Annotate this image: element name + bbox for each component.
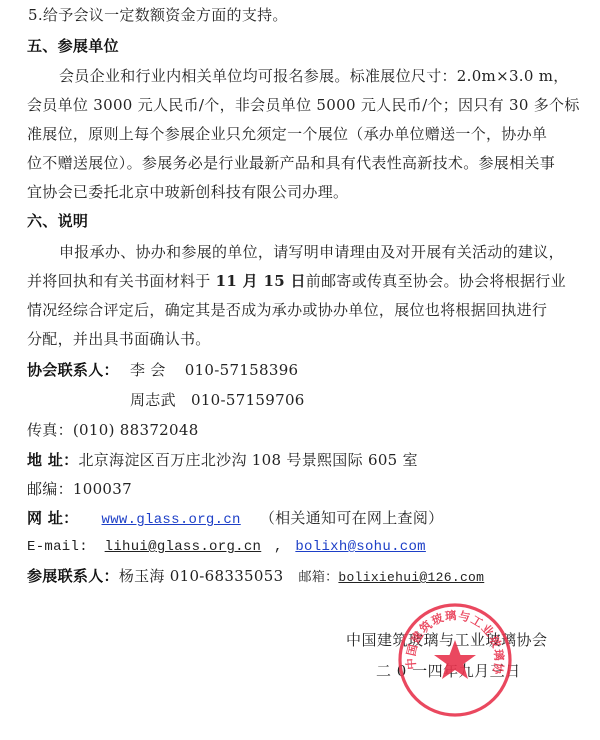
section-5-line-2: 会员单位 3000 元人民币/个，非会员单位 5000 元人民币/个；因只有 3… <box>27 95 580 115</box>
address-row: 地 址：北京海淀区百万庄北沙沟 108 号景熙国际 605 室 <box>27 450 418 470</box>
website-row: 网 址： www.glass.org.cn （相关通知可在网上查阅） <box>27 508 443 530</box>
exhibit-mail-label: 邮箱： <box>299 570 339 585</box>
contact-1: 李 会 010-57158396 <box>130 360 298 380</box>
section-5-line-5: 宜协会已委托北京中玻新创科技有限公司办理。 <box>27 182 348 202</box>
email-row: E-mail: lihui@glass.org.cn , bolixh@sohu… <box>27 537 426 557</box>
contact-2: 周志武 010-57159706 <box>130 390 305 410</box>
fax-label: 传真： <box>27 421 73 439</box>
section-5-line-1: 会员企业和行业内相关单位均可报名参展。标准展位尺寸：2.0m×3.0 m， <box>59 66 569 86</box>
section-6-line-2-post: 前邮寄或传真至协会。协会将根据行业 <box>306 272 566 290</box>
section-6-line-2: 并将回执和有关书面材料于 11 月 15 日前邮寄或传真至协会。协会将根据行业 <box>27 271 566 291</box>
assoc-contact-label: 协会联系人： <box>27 361 119 379</box>
section-5-heading: 五、参展单位 <box>27 36 119 56</box>
website-note: （相关通知可在网上查阅） <box>260 509 444 527</box>
item-5-text: 5.给予会议一定数额资金方面的支持。 <box>28 5 288 25</box>
section-6-line-1: 申报承办、协办和参展的单位，请写明申请理由及对开展有关活动的建议， <box>59 242 564 262</box>
fax-value: (010) 88372048 <box>73 421 199 439</box>
address-label: 地 址： <box>27 451 78 469</box>
contact-1-phone: 010-57158396 <box>185 361 299 379</box>
email-label: E-mail: <box>27 539 88 555</box>
zip-value: 100037 <box>73 480 132 498</box>
contact-2-phone: 010-57159706 <box>191 391 305 409</box>
exhibit-contact-row: 参展联系人：杨玉海 010-68335053 邮箱：bolixiehui@126… <box>27 566 484 588</box>
exhibit-contact-label: 参展联系人： <box>27 567 119 585</box>
contact-2-name: 周志武 <box>130 391 176 409</box>
contact-1-name: 李 会 <box>130 361 166 379</box>
section-6-heading: 六、说明 <box>27 211 88 231</box>
zip-row: 邮编：100037 <box>27 479 132 499</box>
section-6-line-4: 分配，并出具书面确认书。 <box>27 329 211 349</box>
section-5-line-3: 准展位，原则上每个参展企业只允须定一个展位（承办单位赠送一个，协办单 <box>27 124 547 144</box>
exhibit-mail-link[interactable]: bolixiehui@126.com <box>338 570 484 585</box>
address-value: 北京海淀区百万庄北沙沟 108 号景熙国际 605 室 <box>78 451 417 469</box>
section-6-line-2-pre: 并将回执和有关书面材料于 <box>27 272 216 290</box>
assoc-contact-row: 协会联系人： <box>27 360 119 380</box>
section-6-line-3: 情况经综合评定后，确定其是否成为承办或协办单位，展位也将根据回执进行 <box>27 300 547 320</box>
section-5-line-4: 位不赠送展位）。参展务必是行业最新产品和具有代表性高新技术。参展相关事 <box>27 153 555 173</box>
exhibit-contact-name-phone: 杨玉海 010-68335053 <box>119 567 284 585</box>
fax-row: 传真：(010) 88372048 <box>27 420 199 440</box>
website-label: 网 址： <box>27 509 78 527</box>
email-link-bolixh[interactable]: bolixh@sohu.com <box>295 539 426 555</box>
zip-label: 邮编： <box>27 480 73 498</box>
email-link-lihui[interactable]: lihui@glass.org.cn <box>105 539 262 555</box>
deadline-date: 11 月 15 日 <box>216 272 306 290</box>
website-link[interactable]: www.glass.org.cn <box>102 512 241 528</box>
email-separator: , <box>274 539 283 555</box>
official-seal-icon: 中国建筑玻璃与工业玻璃协会 <box>397 602 513 718</box>
